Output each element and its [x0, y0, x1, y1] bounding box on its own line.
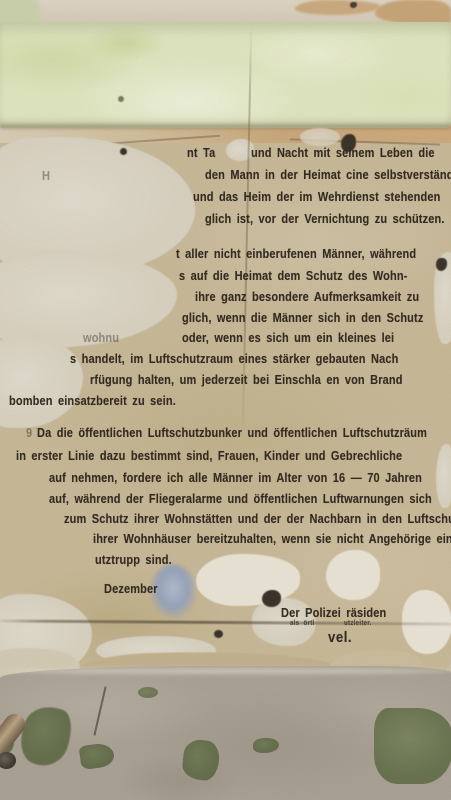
poster-text-line: H — [42, 169, 50, 183]
poster-text-line: den Mann in der Heimat cine selbstverstä… — [205, 168, 451, 182]
poster-text-line: auf, während der Fliegeralarme und öffen… — [49, 492, 432, 506]
poster-text-line: nt Ta — [187, 146, 215, 160]
poster-signature-title: Der Polizei räsiden — [281, 606, 386, 620]
poster-text-line: auf nehmen, fordere ich alle Männer im A… — [49, 471, 422, 485]
poster-text-line: zum Schutz ihrer Wohnstätten und der der… — [64, 512, 451, 526]
poster-text-line: oder, wenn es sich um ein kleines lei — [182, 331, 394, 345]
plaster-edge-highlight — [0, 668, 451, 674]
poster-signature-subtitle: utzleiter. — [344, 620, 372, 627]
poster-text-line: s handelt, im Luftschutzraum eines stärk… — [70, 352, 398, 366]
poster-signature-name: vel. — [328, 629, 352, 646]
poster-text-line: bomben einsatzbereit zu sein. — [9, 394, 176, 408]
wall-photo: nt Taund Nacht mit seinem Leben dieHden … — [0, 0, 451, 800]
poster-text-line: ihrer Wohnhäuser bereitzuhalten, wenn si… — [93, 532, 451, 546]
green-paint-patch — [138, 687, 158, 698]
poster-date: Dezember — [104, 582, 158, 596]
green-paint-patch — [374, 708, 451, 784]
poster-text-line: t aller nicht einberufenen Männer, währe… — [176, 247, 416, 261]
poster-text-line: s auf die Heimat dem Schutz des Wohn- — [179, 269, 408, 283]
poster-text-line: in erster Linie dazu bestimmt sind, Frau… — [16, 449, 402, 463]
poster-text-line: glich ist, vor der Vernichtung zu schütz… — [205, 212, 445, 226]
poster-text-line: und Nacht mit seinem Leben die — [251, 146, 435, 160]
poster-signature-subtitle: als örtl — [290, 620, 315, 627]
poster-text-line: rfügung halten, um jederzeit bei Einschl… — [90, 373, 403, 387]
poster-text-line: wohnu — [83, 331, 119, 345]
poster-text-line: Da die öffentlichen Luftschutzbunker und… — [37, 426, 427, 440]
poster-text-line: glich, wenn die Männer sich in den Schut… — [182, 311, 423, 325]
poster-text-line: utztrupp sind. — [95, 553, 172, 567]
poster-text-line: 9 — [26, 426, 32, 440]
poster-text-line: und das Heim der im Wehrdienst stehenden — [193, 190, 441, 204]
poster-text-line: ihre ganz besondere Aufmerksamkeit zu — [195, 290, 419, 304]
